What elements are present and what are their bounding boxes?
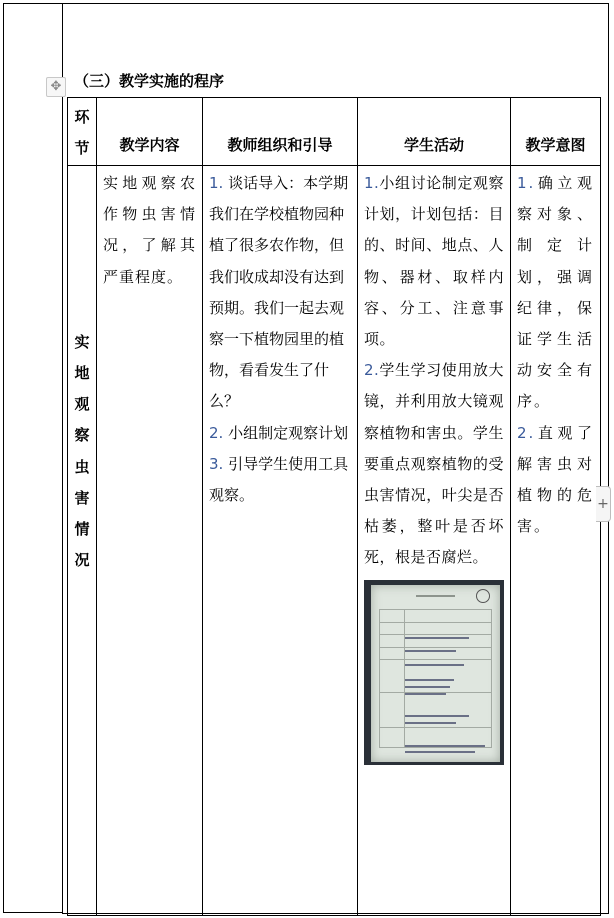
school-seal-icon	[476, 589, 490, 603]
teacher-item: 2. 小组制定观察计划	[209, 418, 351, 449]
intent-item: 1.确立观察对象、制定计划，强调纪律，保证学生活动安全有序。	[517, 168, 594, 418]
header-intent: 教学意图	[511, 98, 601, 166]
teaching-procedure-table: 环 节 教学内容 教师组织和引导 学生活动 教学意图 实 地 观 察 虫 害 情…	[67, 97, 601, 916]
header-teacher-label: 教师组织和引导	[203, 134, 357, 165]
header-content: 教学内容	[97, 98, 203, 166]
outer-table-left-column	[3, 3, 63, 913]
phase-char: 察	[68, 420, 96, 451]
phase-char: 况	[68, 545, 96, 576]
student-item-text: 学生学习使用放大镜，并利用放大镜观察植物和害虫。学生要重点观察植物的受虫害情况，…	[364, 361, 504, 566]
teacher-item-text: 小组制定观察计划	[223, 424, 348, 442]
content-text: 实地观察农作物虫害情况，了解其严重程度。	[103, 174, 196, 286]
header-phase-char: 环	[68, 102, 96, 133]
phase-cell: 实 地 观 察 虫 害 情 况	[68, 166, 97, 916]
list-number: 2.	[517, 424, 535, 442]
teacher-item-text: 引导学生使用工具观察。	[209, 455, 348, 504]
student-item-text: 小组讨论制定观察计划，计划包括：目的、时间、地点、人物、器材、取样内容、分工、注…	[364, 174, 504, 348]
header-teacher: 教师组织和引导	[203, 98, 358, 166]
worksheet-photo[interactable]	[364, 580, 504, 765]
intent-cell: 1.确立观察对象、制定计划，强调纪律，保证学生活动安全有序。 2.直观了解害虫对…	[511, 166, 601, 916]
header-intent-label: 教学意图	[511, 134, 600, 165]
header-student: 学生活动	[358, 98, 511, 166]
header-phase-char: 节	[68, 133, 96, 164]
list-number: 3.	[209, 455, 223, 473]
intent-item-text: 确立观察对象、制定计划，强调纪律，保证学生活动安全有序。	[517, 174, 594, 410]
phase-char: 虫	[68, 452, 96, 483]
table-row: 实 地 观 察 虫 害 情 况 实地观察农作物虫害情况，了解其严重程度。 1. …	[68, 166, 601, 916]
phase-char: 情	[68, 514, 96, 545]
list-number: 1.	[364, 174, 379, 192]
content-cell: 实地观察农作物虫害情况，了解其严重程度。	[97, 166, 203, 916]
student-item: 2.学生学习使用放大镜，并利用放大镜观察植物和害虫。学生要重点观察植物的受虫害情…	[364, 355, 504, 573]
table-move-handle-icon[interactable]: ✥	[46, 77, 66, 97]
phase-char: 地	[68, 358, 96, 389]
student-cell: 1.小组讨论制定观察计划，计划包括：目的、时间、地点、人物、器材、取样内容、分工…	[358, 166, 511, 916]
phase-char: 实	[68, 327, 96, 358]
student-item: 1.小组讨论制定观察计划，计划包括：目的、时间、地点、人物、器材、取样内容、分工…	[364, 168, 504, 355]
list-number: 1.	[209, 174, 223, 192]
worksheet-paper	[371, 585, 500, 762]
header-student-label: 学生活动	[358, 134, 510, 165]
teacher-cell: 1. 谈话导入：本学期我们在学校植物园种植了很多农作物，但我们收成却没有达到预期…	[203, 166, 358, 916]
table-header-row: 环 节 教学内容 教师组织和引导 学生活动 教学意图	[68, 98, 601, 166]
intent-item: 2.直观了解害虫对植物的危害。	[517, 418, 594, 543]
list-number: 2.	[364, 361, 379, 379]
teacher-item: 1. 谈话导入：本学期我们在学校植物园种植了很多农作物，但我们收成却没有达到预期…	[209, 168, 351, 418]
section-heading: （三）教学实施的程序	[74, 70, 224, 91]
worksheet-title-line	[416, 595, 455, 597]
add-column-icon[interactable]: +	[596, 486, 611, 522]
list-number: 1.	[517, 174, 535, 192]
phase-char: 观	[68, 389, 96, 420]
teacher-item-text: 谈话导入：本学期我们在学校植物园种植了很多农作物，但我们收成却没有达到预期。我们…	[209, 174, 348, 410]
phase-char: 害	[68, 483, 96, 514]
list-number: 2.	[209, 424, 223, 442]
teacher-item: 3. 引导学生使用工具观察。	[209, 449, 351, 511]
header-phase: 环 节	[68, 98, 97, 166]
header-content-label: 教学内容	[97, 134, 202, 165]
